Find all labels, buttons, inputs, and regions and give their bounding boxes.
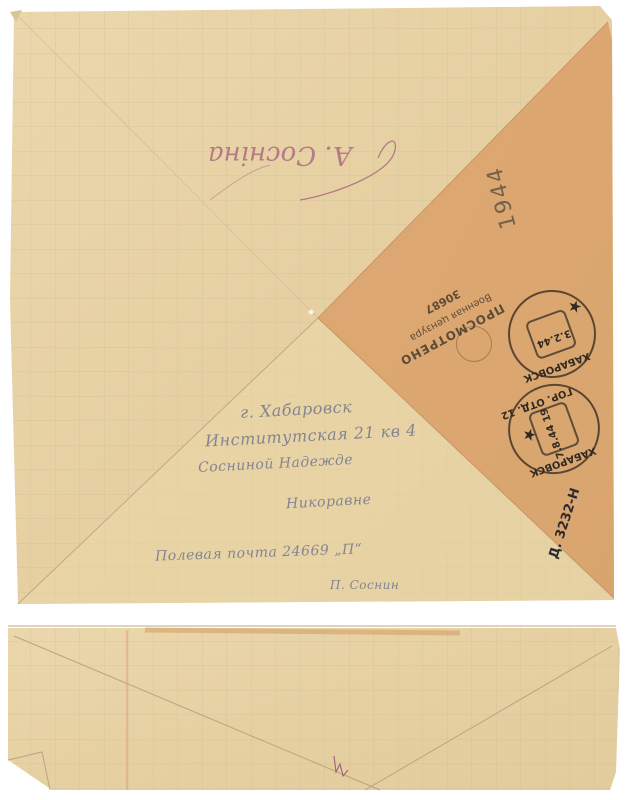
faint-postmark	[456, 326, 492, 362]
signature: А. Сосніна	[208, 140, 352, 170]
letter-scan: А. Сосніна 1944 ПРОСМОТРЕНО Военная ценз…	[0, 0, 625, 800]
sender-name: П. Соснин	[330, 578, 399, 592]
